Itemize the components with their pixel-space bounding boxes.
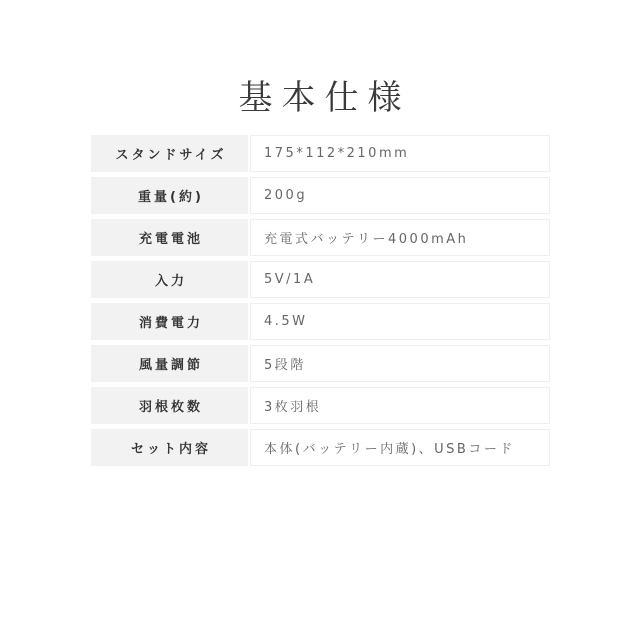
spec-row-blades: 羽根枚数 3枚羽根 bbox=[91, 387, 550, 424]
spec-row-contents: セット内容 本体(バッテリー内蔵)、USBコード bbox=[91, 429, 550, 466]
spec-value: 5段階 bbox=[250, 345, 550, 382]
spec-row-power-consumption: 消費電力 4.5W bbox=[91, 303, 550, 340]
page-title: 基本仕様 bbox=[0, 75, 640, 121]
spec-value: 5V/1A bbox=[250, 261, 550, 298]
spec-label: 風量調節 bbox=[91, 345, 248, 382]
spec-value: 本体(バッテリー内蔵)、USBコード bbox=[250, 429, 550, 466]
spec-label: 羽根枚数 bbox=[91, 387, 248, 424]
spec-label: 充電電池 bbox=[91, 219, 248, 256]
spec-value: 4.5W bbox=[250, 303, 550, 340]
spec-value: 200g bbox=[250, 177, 550, 214]
spec-value: 175*112*210mm bbox=[250, 135, 550, 172]
spec-table: スタンドサイズ 175*112*210mm 重量(約) 200g 充電電池 充電… bbox=[91, 135, 550, 471]
spec-row-weight: 重量(約) 200g bbox=[91, 177, 550, 214]
spec-label: 消費電力 bbox=[91, 303, 248, 340]
spec-row-stand-size: スタンドサイズ 175*112*210mm bbox=[91, 135, 550, 172]
spec-value: 充電式バッテリー4000mAh bbox=[250, 219, 550, 256]
spec-label: 入力 bbox=[91, 261, 248, 298]
spec-label: スタンドサイズ bbox=[91, 135, 248, 172]
spec-label: セット内容 bbox=[91, 429, 248, 466]
spec-row-input: 入力 5V/1A bbox=[91, 261, 550, 298]
spec-row-airflow: 風量調節 5段階 bbox=[91, 345, 550, 382]
spec-row-battery: 充電電池 充電式バッテリー4000mAh bbox=[91, 219, 550, 256]
spec-label: 重量(約) bbox=[91, 177, 248, 214]
spec-value: 3枚羽根 bbox=[250, 387, 550, 424]
